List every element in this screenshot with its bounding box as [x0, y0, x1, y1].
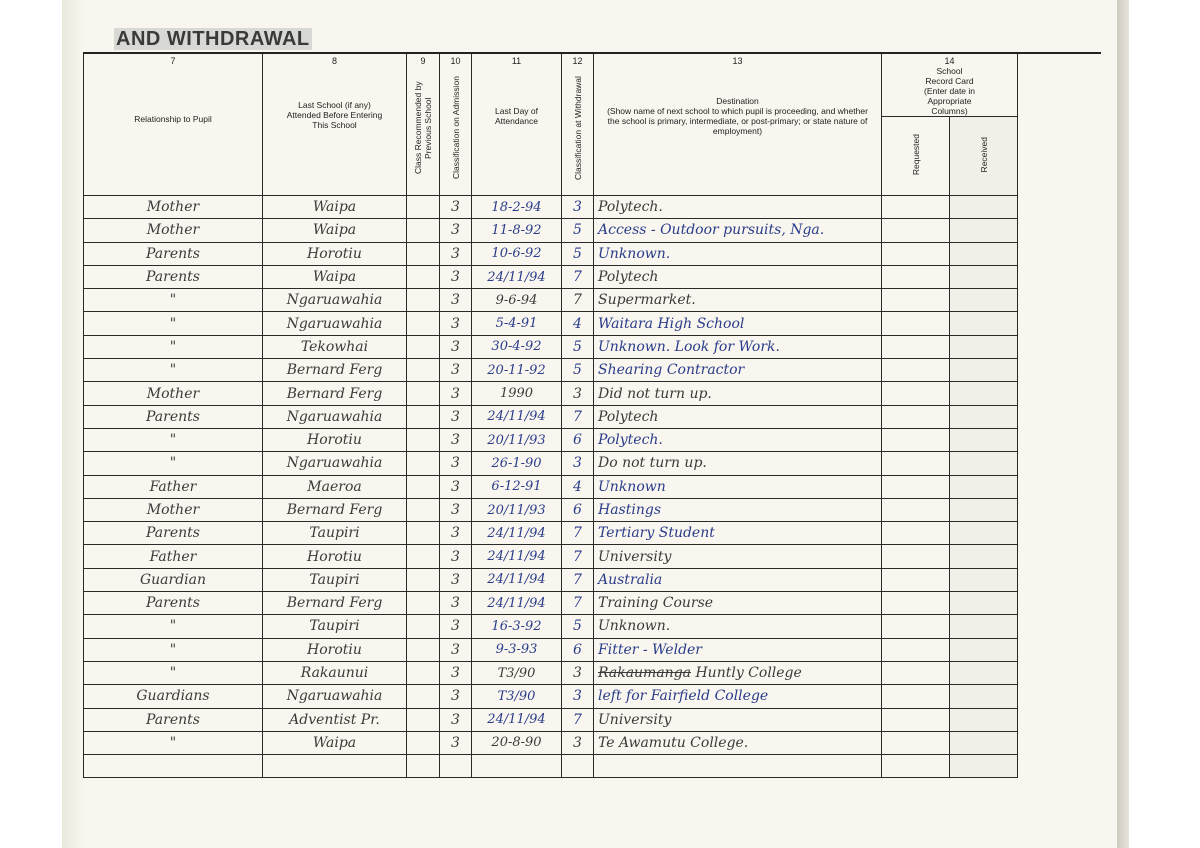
cell-class-recommended [407, 219, 440, 242]
cell-class-admission: 3 [440, 452, 472, 475]
table-row: "Bernard Ferg320-11-925Shearing Contract… [84, 359, 1101, 382]
cell-received [950, 592, 1018, 615]
cell-received [950, 335, 1018, 358]
cell-blank [1018, 615, 1101, 638]
cell-last-day: 9-6-94 [472, 289, 562, 312]
cell-blank [1018, 638, 1101, 661]
cell-blank [1018, 685, 1101, 708]
cell-relationship: Parents [84, 265, 263, 288]
cell-class-recommended [407, 242, 440, 265]
cell-class-admission: 3 [440, 219, 472, 242]
cell-destination: University [594, 545, 882, 568]
cell-blank [1018, 335, 1101, 358]
cell-class-withdrawal: 3 [562, 661, 594, 684]
cell-class-admission: 3 [440, 335, 472, 358]
cell-last-day: 30-4-92 [472, 335, 562, 358]
cell-relationship: Guardian [84, 568, 263, 591]
cell-class-recommended [407, 568, 440, 591]
cell-class-withdrawal: 5 [562, 242, 594, 265]
struck-text: Rakaumanga [598, 665, 691, 681]
cell-class-recommended [407, 289, 440, 312]
cell-last-day: 16-3-92 [472, 615, 562, 638]
cell-relationship: " [84, 661, 263, 684]
table-row: "Horotiu39-3-936Fitter - Welder [84, 638, 1101, 661]
cell-requested [882, 312, 950, 335]
cell-relationship: Parents [84, 708, 263, 731]
cell-class-recommended [407, 522, 440, 545]
cell-class-withdrawal: 6 [562, 498, 594, 521]
col-header-last-day: 11Last Day of Attendance [472, 53, 562, 196]
col-header-last-school: 8Last School (if any) Attended Before En… [263, 53, 407, 196]
cell-last-school: Bernard Ferg [263, 359, 407, 382]
cell-class-withdrawal: 7 [562, 289, 594, 312]
cell-destination: Do not turn up. [594, 452, 882, 475]
cell-class-recommended [407, 382, 440, 405]
col-header-class-withdrawal: 12Classification at Withdrawal [562, 53, 594, 196]
cell-last-day: 5-4-91 [472, 312, 562, 335]
cell-last-day: 20-11-92 [472, 359, 562, 382]
cell-last-day: 20/11/93 [472, 498, 562, 521]
cell-class-withdrawal: 5 [562, 359, 594, 382]
table-row: "Ngaruawahia35-4-914Waitara High School [84, 312, 1101, 335]
cell-received [950, 196, 1018, 219]
cell-class-withdrawal: 7 [562, 568, 594, 591]
cell-blank [1018, 498, 1101, 521]
cell-class-admission: 3 [440, 359, 472, 382]
cell-class-admission: 3 [440, 522, 472, 545]
cell-destination: Did not turn up. [594, 382, 882, 405]
cell-class-withdrawal: 3 [562, 452, 594, 475]
cell-relationship: Mother [84, 219, 263, 242]
col-header-blank [1018, 53, 1101, 196]
cell-relationship: Father [84, 545, 263, 568]
cell-destination: Unknown. Look for Work. [594, 335, 882, 358]
cell-class-withdrawal: 6 [562, 638, 594, 661]
cell-class-recommended [407, 452, 440, 475]
cell-received [950, 359, 1018, 382]
cell-received [950, 755, 1018, 778]
cell-class-recommended [407, 661, 440, 684]
cell-class-recommended [407, 335, 440, 358]
cell-last-day: 9-3-93 [472, 638, 562, 661]
table-row: ParentsNgaruawahia324/11/947Polytech [84, 405, 1101, 428]
cell-last-day: 18-2-94 [472, 196, 562, 219]
cell-destination [594, 755, 882, 778]
cell-destination: Polytech [594, 265, 882, 288]
cell-class-admission: 3 [440, 405, 472, 428]
cell-class-withdrawal: 5 [562, 615, 594, 638]
cell-received [950, 219, 1018, 242]
cell-relationship: " [84, 335, 263, 358]
cell-last-school: Maeroa [263, 475, 407, 498]
cell-class-recommended [407, 685, 440, 708]
table-row [84, 755, 1101, 778]
table-row: MotherBernard Ferg320/11/936Hastings [84, 498, 1101, 521]
cell-received [950, 708, 1018, 731]
cell-requested [882, 428, 950, 451]
cell-blank [1018, 359, 1101, 382]
cell-destination: Te Awamutu College. [594, 731, 882, 754]
cell-requested [882, 405, 950, 428]
cell-relationship [84, 755, 263, 778]
cell-relationship: " [84, 615, 263, 638]
cell-last-school: Bernard Ferg [263, 592, 407, 615]
cell-requested [882, 289, 950, 312]
cell-destination: Rakaumanga Huntly College [594, 661, 882, 684]
cell-last-school: Ngaruawahia [263, 289, 407, 312]
cell-requested [882, 522, 950, 545]
cell-class-admission: 3 [440, 242, 472, 265]
cell-last-day: 11-8-92 [472, 219, 562, 242]
cell-received [950, 475, 1018, 498]
page-title: AND WITHDRAWAL [114, 28, 312, 50]
cell-destination: Fitter - Welder [594, 638, 882, 661]
cell-blank [1018, 592, 1101, 615]
cell-received [950, 568, 1018, 591]
cell-class-admission: 3 [440, 661, 472, 684]
table-row: ParentsTaupiri324/11/947Tertiary Student [84, 522, 1101, 545]
cell-received [950, 522, 1018, 545]
cell-class-recommended [407, 708, 440, 731]
cell-class-admission: 3 [440, 592, 472, 615]
cell-class-withdrawal: 7 [562, 708, 594, 731]
cell-received [950, 615, 1018, 638]
cell-received [950, 242, 1018, 265]
cell-received [950, 428, 1018, 451]
table-row: ParentsBernard Ferg324/11/947Training Co… [84, 592, 1101, 615]
cell-blank [1018, 289, 1101, 312]
cell-relationship: " [84, 312, 263, 335]
cell-class-recommended [407, 638, 440, 661]
cell-received [950, 685, 1018, 708]
cell-last-day: 24/11/94 [472, 568, 562, 591]
cell-class-withdrawal: 4 [562, 475, 594, 498]
cell-last-school: Rakaunui [263, 661, 407, 684]
cell-class-recommended [407, 545, 440, 568]
cell-last-day: 26-1-90 [472, 452, 562, 475]
cell-last-school: Bernard Ferg [263, 382, 407, 405]
cell-destination: Australia [594, 568, 882, 591]
table-row: FatherMaeroa36-12-914Unknown [84, 475, 1101, 498]
cell-class-withdrawal: 7 [562, 522, 594, 545]
cell-destination: left for Fairfield College [594, 685, 882, 708]
cell-class-admission: 3 [440, 638, 472, 661]
cell-relationship: Parents [84, 242, 263, 265]
cell-class-withdrawal: 7 [562, 265, 594, 288]
cell-requested [882, 615, 950, 638]
cell-received [950, 382, 1018, 405]
table-row: MotherWaipa318-2-943Polytech. [84, 196, 1101, 219]
cell-relationship: Father [84, 475, 263, 498]
cell-last-day: 24/11/94 [472, 592, 562, 615]
cell-class-admission: 3 [440, 312, 472, 335]
cell-class-recommended [407, 592, 440, 615]
table-row: "Rakaunui3T3/903Rakaumanga Huntly Colleg… [84, 661, 1101, 684]
table-row: FatherHorotiu324/11/947University [84, 545, 1101, 568]
cell-last-day: 24/11/94 [472, 545, 562, 568]
cell-class-withdrawal: 3 [562, 382, 594, 405]
cell-last-school: Ngaruawahia [263, 405, 407, 428]
cell-last-school: Waipa [263, 196, 407, 219]
col-header-class-admission: 10Classification on Admission [440, 53, 472, 196]
cell-last-day: 10-6-92 [472, 242, 562, 265]
cell-requested [882, 755, 950, 778]
cell-blank [1018, 219, 1101, 242]
cell-class-admission: 3 [440, 708, 472, 731]
table-row: MotherBernard Ferg319903Did not turn up. [84, 382, 1101, 405]
cell-last-school: Ngaruawahia [263, 312, 407, 335]
cell-relationship: Parents [84, 405, 263, 428]
cell-last-day: 24/11/94 [472, 522, 562, 545]
cell-requested [882, 708, 950, 731]
cell-requested [882, 196, 950, 219]
cell-requested [882, 592, 950, 615]
col-header-received: Received [950, 117, 1018, 196]
cell-received [950, 731, 1018, 754]
cell-requested [882, 731, 950, 754]
cell-last-school: Horotiu [263, 638, 407, 661]
table-row: MotherWaipa311-8-925Access - Outdoor pur… [84, 219, 1101, 242]
cell-last-day: 1990 [472, 382, 562, 405]
cell-destination: Polytech. [594, 428, 882, 451]
cell-last-school: Horotiu [263, 428, 407, 451]
cell-relationship: Parents [84, 522, 263, 545]
cell-relationship: Parents [84, 592, 263, 615]
cell-relationship: Mother [84, 196, 263, 219]
cell-last-day: T3/90 [472, 661, 562, 684]
cell-last-school: Taupiri [263, 568, 407, 591]
cell-class-admission: 3 [440, 545, 472, 568]
cell-destination: Waitara High School [594, 312, 882, 335]
cell-destination: Unknown. [594, 615, 882, 638]
table-row: ParentsAdventist Pr.324/11/947University [84, 708, 1101, 731]
cell-relationship: Mother [84, 498, 263, 521]
cell-class-recommended [407, 428, 440, 451]
cell-destination: Access - Outdoor pursuits, Nga. [594, 219, 882, 242]
cell-received [950, 498, 1018, 521]
table-row: "Ngaruawahia39-6-947Supermarket. [84, 289, 1101, 312]
cell-class-withdrawal: 3 [562, 196, 594, 219]
cell-requested [882, 242, 950, 265]
cell-class-recommended [407, 475, 440, 498]
cell-class-withdrawal: 7 [562, 592, 594, 615]
table-row: "Waipa320-8-903Te Awamutu College. [84, 731, 1101, 754]
cell-class-admission: 3 [440, 382, 472, 405]
cell-destination: Hastings [594, 498, 882, 521]
cell-class-admission: 3 [440, 731, 472, 754]
table-row: "Horotiu320/11/936Polytech. [84, 428, 1101, 451]
cell-class-recommended [407, 265, 440, 288]
cell-class-withdrawal: 6 [562, 428, 594, 451]
cell-requested [882, 265, 950, 288]
cell-destination: Polytech [594, 405, 882, 428]
page-edge [1117, 0, 1129, 848]
cell-class-recommended [407, 196, 440, 219]
cell-blank [1018, 475, 1101, 498]
cell-class-recommended [407, 405, 440, 428]
cell-class-recommended [407, 731, 440, 754]
cell-requested [882, 219, 950, 242]
cell-requested [882, 359, 950, 382]
cell-requested [882, 638, 950, 661]
cell-blank [1018, 452, 1101, 475]
cell-requested [882, 661, 950, 684]
cell-relationship: " [84, 289, 263, 312]
table-row: "Tekowhai330-4-925Unknown. Look for Work… [84, 335, 1101, 358]
cell-class-withdrawal: 4 [562, 312, 594, 335]
cell-class-withdrawal: 3 [562, 685, 594, 708]
cell-last-day: 24/11/94 [472, 265, 562, 288]
cell-requested [882, 475, 950, 498]
cell-class-admission: 3 [440, 685, 472, 708]
cell-destination: Tertiary Student [594, 522, 882, 545]
cell-blank [1018, 522, 1101, 545]
cell-relationship: " [84, 452, 263, 475]
cell-received [950, 265, 1018, 288]
table-row: ParentsHorotiu310-6-925Unknown. [84, 242, 1101, 265]
table-row: ParentsWaipa324/11/947Polytech [84, 265, 1101, 288]
cell-class-recommended [407, 615, 440, 638]
cell-destination: Polytech. [594, 196, 882, 219]
cell-requested [882, 452, 950, 475]
cell-last-school: Ngaruawahia [263, 685, 407, 708]
cell-last-school: Taupiri [263, 522, 407, 545]
cell-requested [882, 685, 950, 708]
cell-blank [1018, 196, 1101, 219]
cell-requested [882, 545, 950, 568]
table-row: GuardianTaupiri324/11/947Australia [84, 568, 1101, 591]
cell-requested [882, 382, 950, 405]
cell-last-school: Waipa [263, 265, 407, 288]
cell-blank [1018, 428, 1101, 451]
cell-class-withdrawal: 5 [562, 335, 594, 358]
cell-class-withdrawal: 3 [562, 731, 594, 754]
cell-received [950, 452, 1018, 475]
cell-class-recommended [407, 755, 440, 778]
cell-last-day: 24/11/94 [472, 708, 562, 731]
cell-class-withdrawal: 5 [562, 219, 594, 242]
cell-destination: Supermarket. [594, 289, 882, 312]
cell-last-day: 20/11/93 [472, 428, 562, 451]
cell-last-school: Taupiri [263, 615, 407, 638]
cell-received [950, 289, 1018, 312]
col-header-record-card: 14School Record Card (Enter date in Appr… [882, 53, 1018, 117]
cell-relationship: " [84, 731, 263, 754]
cell-last-school [263, 755, 407, 778]
cell-last-school: Adventist Pr. [263, 708, 407, 731]
cell-class-admission: 3 [440, 615, 472, 638]
cell-destination: Training Course [594, 592, 882, 615]
cell-blank [1018, 568, 1101, 591]
cell-blank [1018, 545, 1101, 568]
table-row: "Taupiri316-3-925Unknown. [84, 615, 1101, 638]
cell-class-admission: 3 [440, 568, 472, 591]
table-row: "Ngaruawahia326-1-903Do not turn up. [84, 452, 1101, 475]
cell-last-school: Tekowhai [263, 335, 407, 358]
cell-class-admission: 3 [440, 265, 472, 288]
cell-blank [1018, 312, 1101, 335]
cell-blank [1018, 661, 1101, 684]
cell-blank [1018, 755, 1101, 778]
cell-requested [882, 498, 950, 521]
cell-last-school: Horotiu [263, 545, 407, 568]
cell-requested [882, 335, 950, 358]
cell-last-day [472, 755, 562, 778]
cell-class-admission: 3 [440, 498, 472, 521]
cell-destination: Unknown. [594, 242, 882, 265]
cell-received [950, 312, 1018, 335]
cell-blank [1018, 405, 1101, 428]
cell-last-school: Ngaruawahia [263, 452, 407, 475]
cell-destination: Unknown [594, 475, 882, 498]
cell-class-recommended [407, 498, 440, 521]
cell-class-withdrawal: 7 [562, 405, 594, 428]
cell-last-day: 24/11/94 [472, 405, 562, 428]
cell-blank [1018, 265, 1101, 288]
col-header-class-recommended: 9Class Recommended by Previous School [407, 53, 440, 196]
cell-requested [882, 568, 950, 591]
table-row: GuardiansNgaruawahia3T3/903left for Fair… [84, 685, 1101, 708]
withdrawal-register-table: 7Relationship to Pupil 8Last School (if … [83, 52, 1101, 778]
cell-class-admission [440, 755, 472, 778]
cell-class-admission: 3 [440, 475, 472, 498]
cell-class-admission: 3 [440, 289, 472, 312]
cell-class-admission: 3 [440, 196, 472, 219]
cell-received [950, 638, 1018, 661]
cell-blank [1018, 708, 1101, 731]
cell-blank [1018, 731, 1101, 754]
cell-last-school: Bernard Ferg [263, 498, 407, 521]
cell-last-school: Waipa [263, 731, 407, 754]
cell-received [950, 545, 1018, 568]
cell-last-day: 20-8-90 [472, 731, 562, 754]
cell-class-withdrawal: 7 [562, 545, 594, 568]
cell-relationship: Mother [84, 382, 263, 405]
cell-relationship: " [84, 428, 263, 451]
cell-received [950, 405, 1018, 428]
cell-class-withdrawal [562, 755, 594, 778]
cell-last-day: T3/90 [472, 685, 562, 708]
col-header-relationship: 7Relationship to Pupil [84, 53, 263, 196]
cell-relationship: Guardians [84, 685, 263, 708]
cell-last-day: 6-12-91 [472, 475, 562, 498]
cell-destination: University [594, 708, 882, 731]
cell-destination: Shearing Contractor [594, 359, 882, 382]
cell-class-admission: 3 [440, 428, 472, 451]
page-spine [62, 0, 84, 848]
cell-relationship: " [84, 359, 263, 382]
cell-class-recommended [407, 312, 440, 335]
cell-blank [1018, 242, 1101, 265]
col-header-requested: Requested [882, 117, 950, 196]
cell-relationship: " [84, 638, 263, 661]
cell-class-recommended [407, 359, 440, 382]
col-header-destination: 13Destination(Show name of next school t… [594, 53, 882, 196]
cell-blank [1018, 382, 1101, 405]
cell-received [950, 661, 1018, 684]
destination-text: Huntly College [695, 665, 801, 681]
cell-last-school: Horotiu [263, 242, 407, 265]
cell-last-school: Waipa [263, 219, 407, 242]
